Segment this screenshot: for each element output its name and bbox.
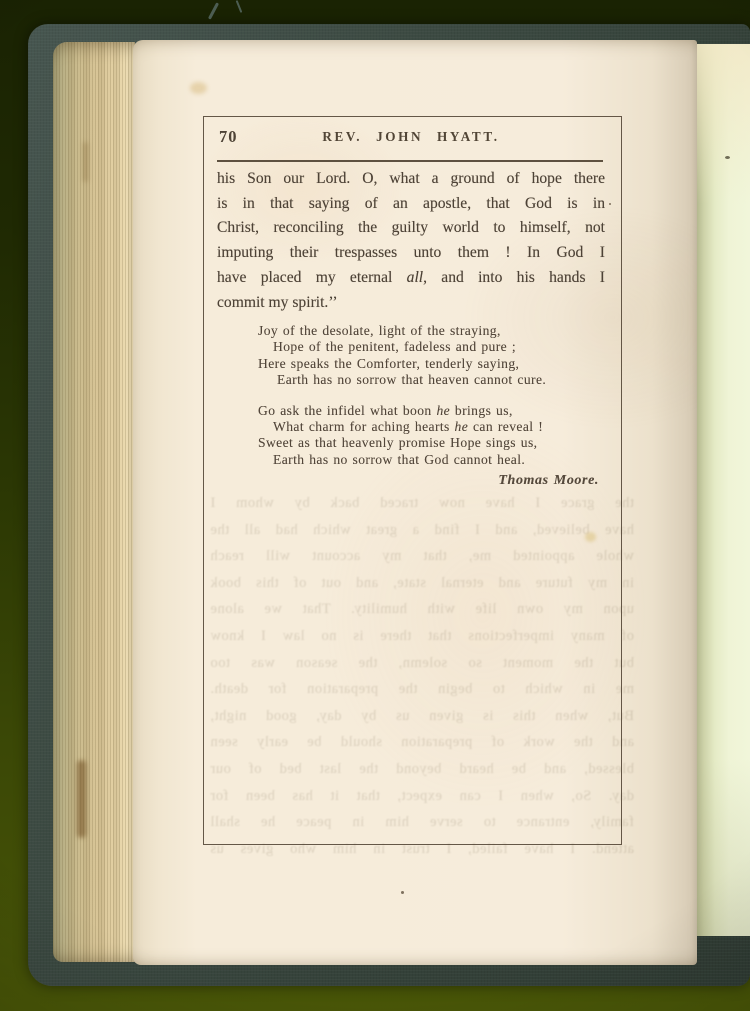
page-edges-stack xyxy=(53,42,135,962)
paper-speck xyxy=(725,156,730,159)
italic-word: he xyxy=(455,419,469,434)
poem-line: Sweet as that heavenly promise Hope sing… xyxy=(217,435,605,451)
poem: Joy of the desolate, light of the strayi… xyxy=(217,323,605,490)
paragraph-line: have placed my eternal all, and into his… xyxy=(217,266,605,291)
paper-speck xyxy=(609,203,611,205)
poem-stanza-1: Joy of the desolate, light of the strayi… xyxy=(217,323,605,389)
paragraph-line: imputing their trespasses unto them ! In… xyxy=(217,241,605,266)
running-header: REV. JOHN HYATT. xyxy=(217,129,605,145)
page-header: 70 REV. JOHN HYATT. xyxy=(217,127,605,149)
italic-word: he xyxy=(436,403,450,418)
poem-line: Go ask the infidel what boon he brings u… xyxy=(217,403,605,419)
poem-line: Earth has no sorrow that heaven cannot c… xyxy=(217,372,605,388)
cover-fray-thread xyxy=(208,2,219,19)
poem-attribution: Thomas Moore. xyxy=(217,473,605,489)
poem-stanza-2: Go ask the infidel what boon he brings u… xyxy=(217,403,605,469)
poem-line: Joy of the desolate, light of the strayi… xyxy=(217,323,605,339)
header-rule xyxy=(217,160,603,162)
book-page: the grace I have now traced back by whom… xyxy=(133,40,697,965)
paragraph-line: his Son our Lord. O, what a ground of ho… xyxy=(217,167,605,192)
poem-line: Earth has no sorrow that God cannot heal… xyxy=(217,452,605,468)
fore-edge-stain xyxy=(83,142,88,182)
paragraph-line: Christ, reconciling the guilty world to … xyxy=(217,216,605,241)
paragraph-line: commit my spirit.’’ xyxy=(217,291,605,316)
book-photo: the grace I have now traced back by whom… xyxy=(0,0,750,1011)
paper-stain xyxy=(190,82,207,94)
italic-word: all xyxy=(407,269,423,286)
poem-line: What charm for aching hearts he can reve… xyxy=(217,419,605,435)
poem-line: Here speaks the Comforter, tenderly sayi… xyxy=(217,356,605,372)
body-paragraph: his Son our Lord. O, what a ground of ho… xyxy=(217,167,605,315)
facing-page-edge xyxy=(697,44,750,936)
paper-speck xyxy=(309,412,311,415)
paragraph-line: is in that saying of an apostle, that Go… xyxy=(217,192,605,217)
fore-edge-stain xyxy=(77,760,86,838)
poem-line: Hope of the penitent, fadeless and pure … xyxy=(217,339,605,355)
cover-fray-thread xyxy=(236,0,243,13)
paper-speck xyxy=(401,891,404,894)
page-border-frame: 70 REV. JOHN HYATT. his Son our Lord. O,… xyxy=(203,116,622,845)
